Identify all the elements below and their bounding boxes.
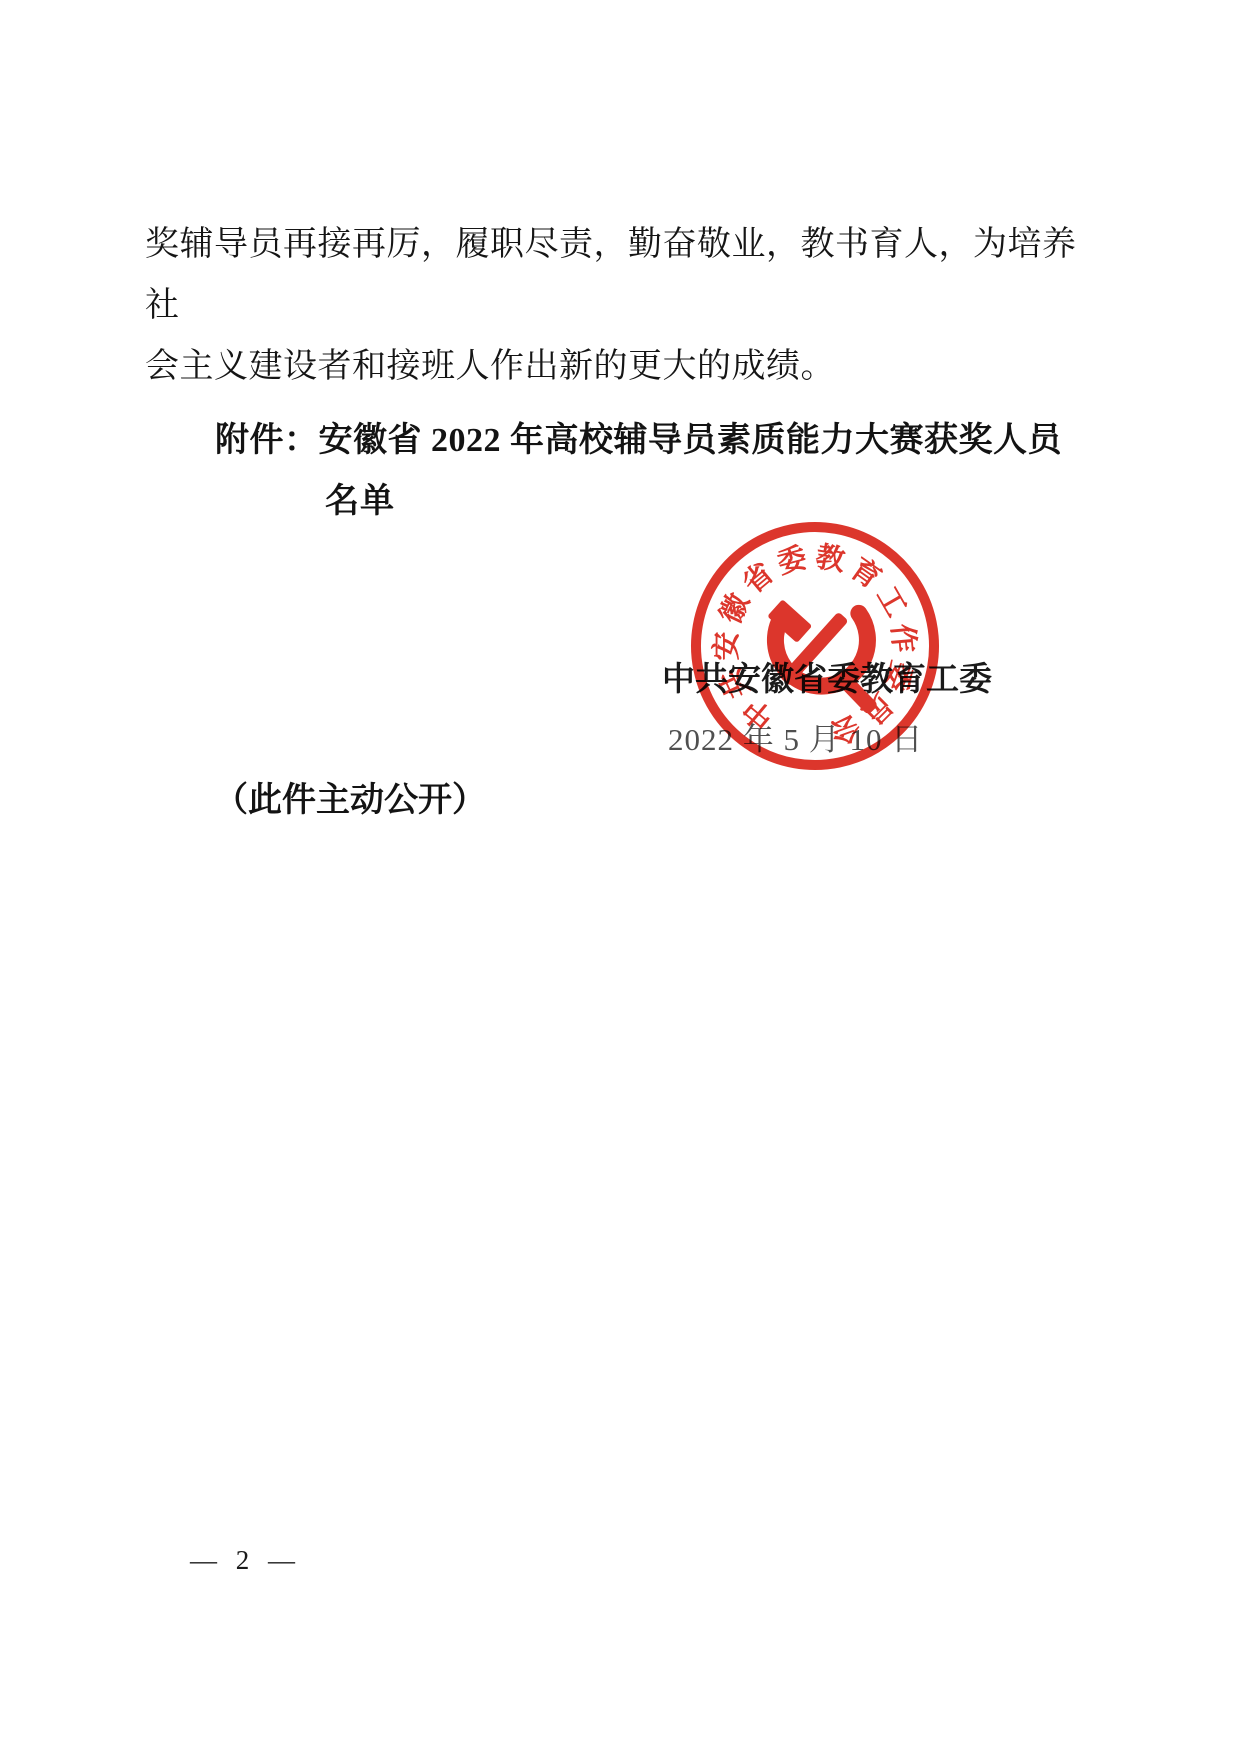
body-line: 奖辅导员再接再厉，履职尽责，勤奋敬业，教书育人，为培养社 [145, 214, 1105, 336]
seal-ring-char: 教 [813, 540, 848, 578]
attachment-reference: 附件：安徽省 2022 年高校辅导员素质能力大赛获奖人员 [215, 412, 1062, 461]
issuing-organization: 中共安徽省委教育工委 [662, 653, 992, 700]
seal-ring-char: 工 [870, 581, 912, 622]
seal-ring-char: 省 [736, 556, 779, 600]
seal-ring-char: 徽 [714, 588, 756, 628]
seal-ring-char: 作 [885, 622, 920, 654]
page-number: — 2 — [190, 1545, 301, 1576]
seal-ring-char: 育 [844, 551, 887, 595]
document-page: 奖辅导员再接再厉，履职尽责，勤奋敬业，教书育人，为培养社 会主义建设者和接班人作… [0, 0, 1240, 1754]
body-line: 会主义建设者和接班人作出新的更大的成绩。 [145, 336, 1105, 397]
issue-date: 2022 年 5 月 10 日 [668, 714, 923, 759]
body-paragraph: 奖辅导员再接再厉，履职尽责，勤奋敬业，教书育人，为培养社 会主义建设者和接班人作… [145, 214, 1105, 397]
disclosure-note: （此件主动公开） [214, 772, 486, 821]
seal-ring-char: 委 [774, 541, 811, 580]
attachment-reference-continued: 名单 [325, 473, 395, 522]
